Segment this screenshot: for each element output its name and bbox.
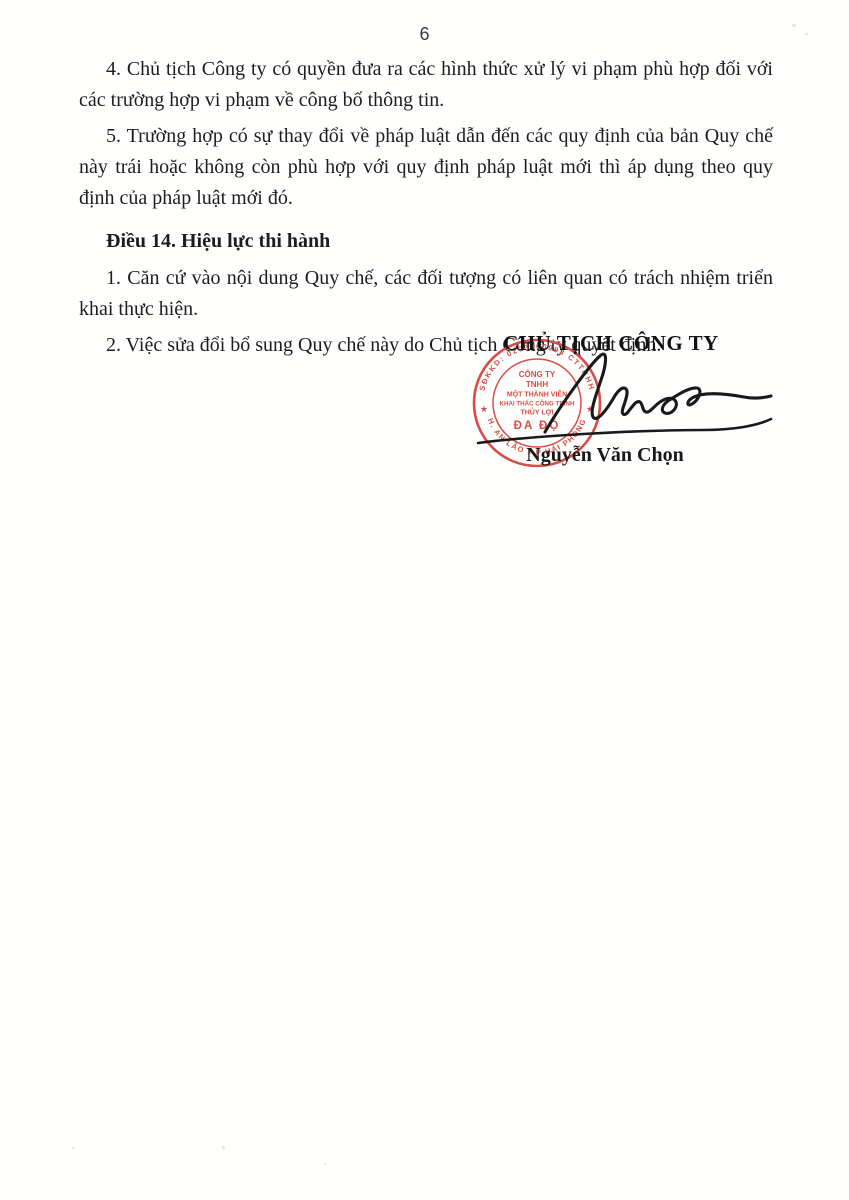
- scan-speck: [324, 1163, 326, 1165]
- signer-name: Nguyễn Văn Chọn: [455, 444, 755, 467]
- stamp-center-line-5: THỦY LỢI: [520, 408, 553, 417]
- paragraph-1: 1. Căn cứ vào nội dung Quy chế, các đối …: [79, 263, 773, 325]
- document-body: 4. Chủ tịch Công ty có quyền đưa ra các …: [79, 54, 773, 366]
- stamp-star-right-icon: ★: [586, 404, 594, 414]
- document-page: 6 4. Chủ tịch Công ty có quyền đưa ra cá…: [0, 0, 849, 1200]
- paragraph-2: 2. Việc sửa đổi bổ sung Quy chế này do C…: [79, 330, 773, 361]
- paragraph-5: 5. Trường hợp có sự thay đổi về pháp luậ…: [79, 121, 773, 214]
- scan-speck: [792, 24, 796, 27]
- scan-speck: [222, 1146, 225, 1149]
- scan-speck: [805, 33, 808, 35]
- scan-speck: [72, 1147, 75, 1149]
- page-number: 6: [0, 24, 849, 45]
- stamp-star-left-icon: ★: [480, 404, 488, 414]
- stamp-inner-ring: [493, 359, 581, 447]
- stamp-center-line-4: KHAI THÁC CÔNG TRÌNH: [500, 400, 575, 408]
- stamp-center-line-1: CÔNG TY: [519, 370, 556, 379]
- article-heading: Điều 14. Hiệu lực thi hành: [79, 226, 773, 257]
- stamp-center-line-3: MỘT THÀNH VIÊN: [507, 390, 567, 399]
- stamp-ring-text-bottom: H. AN LÃO T.P HẢI PHÒNG: [486, 417, 588, 457]
- stamp-center-line-6: ĐA ĐỘ: [514, 419, 561, 432]
- stamp-center-line-2: TNHH: [526, 380, 548, 389]
- svg-text:H. AN LÃO T.P HẢI PHÒNG: H. AN LÃO T.P HẢI PHÒNG: [486, 417, 588, 457]
- paragraph-4: 4. Chủ tịch Công ty có quyền đưa ra các …: [79, 54, 773, 116]
